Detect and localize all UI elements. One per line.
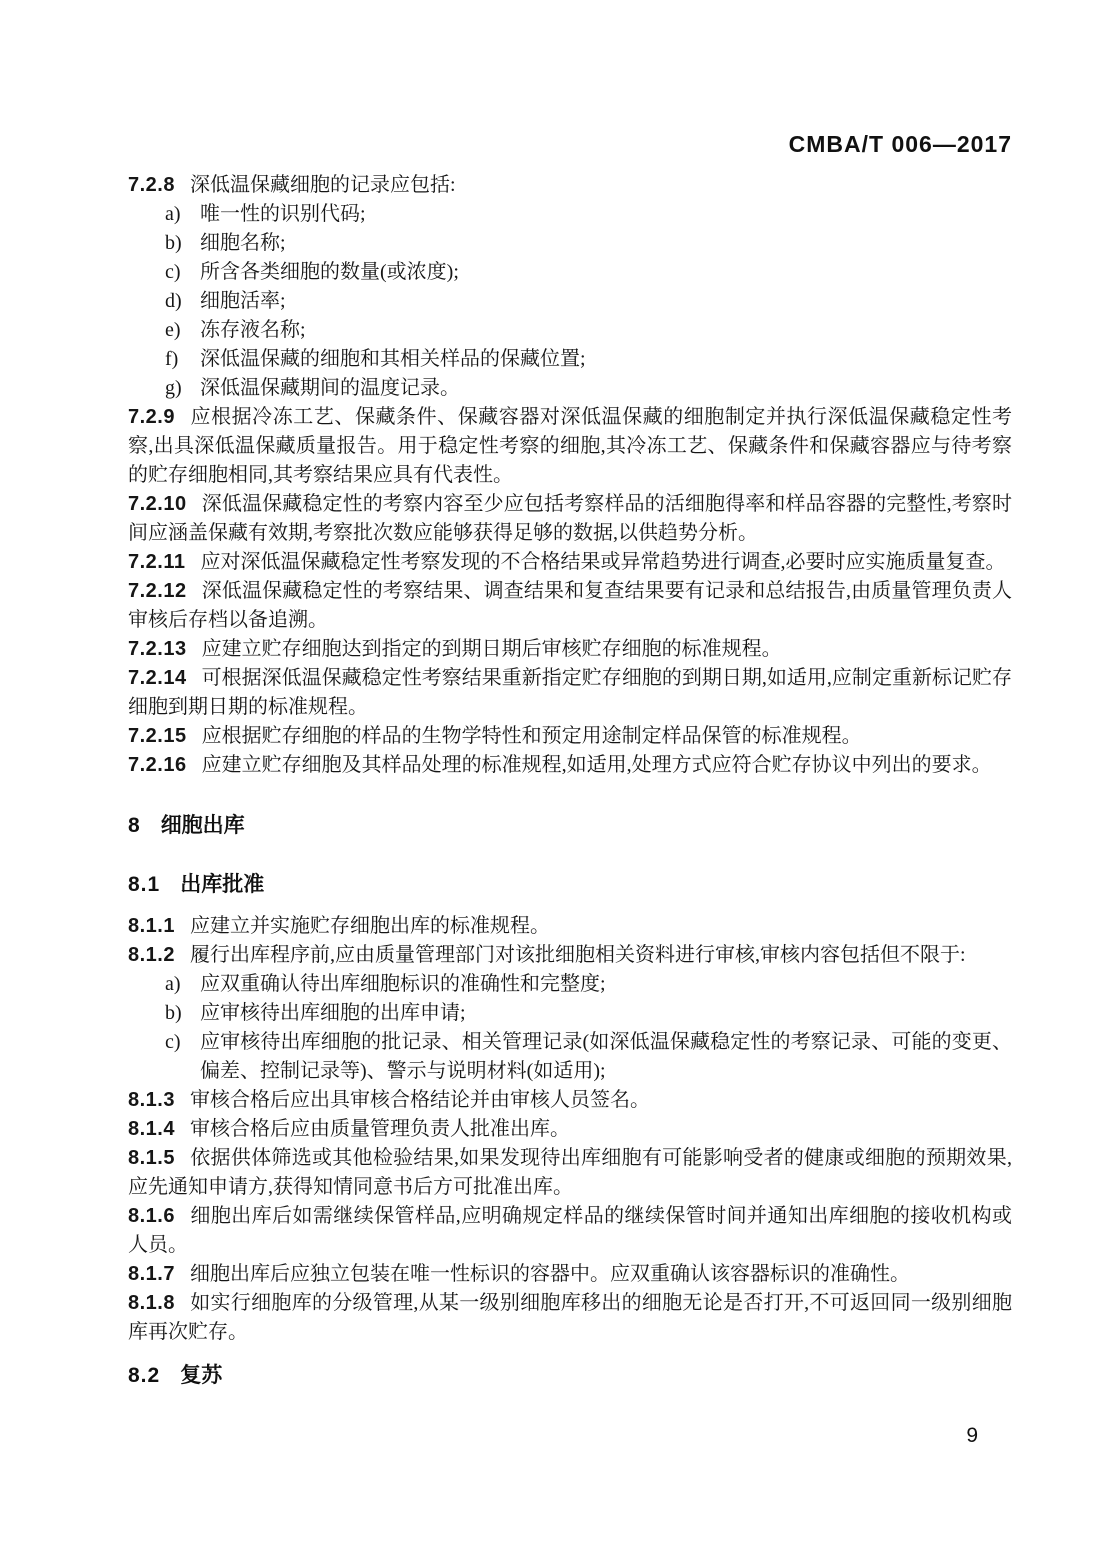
list-item: b)应审核待出库细胞的出库申请; bbox=[165, 999, 1012, 1028]
clause-number: 7.2.13 bbox=[128, 638, 187, 660]
clause-number: 7.2.10 bbox=[128, 493, 187, 515]
clause-number: 7.2.14 bbox=[128, 667, 187, 689]
list-item: d)细胞活率; bbox=[165, 287, 1012, 316]
clause: 8.1.3审核合格后应出具审核合格结论并由审核人员签名。 bbox=[128, 1086, 1012, 1115]
clause-text: 应根据冷冻工艺、保藏条件、保藏容器对深低温保藏的细胞制定并执行深低温保藏稳定性考… bbox=[128, 406, 1012, 486]
list-item: a)唯一性的识别代码; bbox=[165, 200, 1012, 229]
list-item: b)细胞名称; bbox=[165, 229, 1012, 258]
list-item-label: b) bbox=[165, 229, 182, 258]
section-title: 复苏 bbox=[180, 1363, 222, 1387]
clause-number: 7.2.15 bbox=[128, 725, 187, 747]
clause: 8.1.7细胞出库后应独立包装在唯一性标识的容器中。应双重确认该容器标识的准确性… bbox=[128, 1260, 1012, 1289]
list-item-text: 冻存液名称; bbox=[200, 319, 306, 341]
clause-number: 7.2.11 bbox=[128, 551, 186, 573]
list-item: a)应双重确认待出库细胞标识的准确性和完整度; bbox=[165, 970, 1012, 999]
list-item-label: d) bbox=[165, 287, 182, 316]
list-item-text: 细胞活率; bbox=[200, 290, 286, 312]
section-heading: 8.2复苏 bbox=[128, 1360, 1012, 1391]
clause-text: 深低温保藏细胞的记录应包括: bbox=[190, 174, 456, 196]
list-item-text: 应审核待出库细胞的出库申请; bbox=[200, 1002, 466, 1024]
document-body: 7.2.8深低温保藏细胞的记录应包括:a)唯一性的识别代码;b)细胞名称;c)所… bbox=[128, 171, 1012, 1403]
list-item: g)深低温保藏期间的温度记录。 bbox=[165, 374, 1012, 403]
clause: 7.2.16应建立贮存细胞及其样品处理的标准规程,如适用,处理方式应符合贮存协议… bbox=[128, 751, 1012, 780]
list-item-text: 深低温保藏的细胞和其相关样品的保藏位置; bbox=[200, 348, 586, 370]
clause: 7.2.13应建立贮存细胞达到指定的到期日期后审核贮存细胞的标准规程。 bbox=[128, 635, 1012, 664]
clause-number: 7.2.12 bbox=[128, 580, 187, 602]
page-number: 9 bbox=[966, 1424, 978, 1448]
clause-text: 细胞出库后如需继续保管样品,应明确规定样品的继续保管时间并通知出库细胞的接收机构… bbox=[128, 1205, 1012, 1256]
clause-text: 细胞出库后应独立包装在唯一性标识的容器中。应双重确认该容器标识的准确性。 bbox=[190, 1263, 910, 1285]
clause-text: 深低温保藏稳定性的考察结果、调查结果和复查结果要有记录和总结报告,由质量管理负责… bbox=[128, 580, 1012, 631]
list-item-label: a) bbox=[165, 970, 181, 999]
clause-text: 应建立并实施贮存细胞出库的标准规程。 bbox=[190, 915, 550, 937]
list-item-text: 唯一性的识别代码; bbox=[200, 203, 366, 225]
list-item: c)所含各类细胞的数量(或浓度); bbox=[165, 258, 1012, 287]
clause: 7.2.14可根据深低温保藏稳定性考察结果重新指定贮存细胞的到期日期,如适用,应… bbox=[128, 664, 1012, 722]
list-item: c)应审核待出库细胞的批记录、相关管理记录(如深低温保藏稳定性的考察记录、可能的… bbox=[165, 1028, 1012, 1086]
clause: 7.2.10深低温保藏稳定性的考察内容至少应包括考察样品的活细胞得率和样品容器的… bbox=[128, 490, 1012, 548]
clause-number: 7.2.9 bbox=[128, 406, 175, 428]
list-item-text: 细胞名称; bbox=[200, 232, 286, 254]
clause-number: 8.1.4 bbox=[128, 1118, 175, 1140]
section-heading: 8.1出库批准 bbox=[128, 869, 1012, 900]
list-item: f)深低温保藏的细胞和其相关样品的保藏位置; bbox=[165, 345, 1012, 374]
clause-number: 8.1.3 bbox=[128, 1089, 175, 1111]
list-item-label: c) bbox=[165, 258, 181, 287]
section-title: 细胞出库 bbox=[161, 813, 245, 837]
clause: 8.1.1应建立并实施贮存细胞出库的标准规程。 bbox=[128, 912, 1012, 941]
clause: 8.1.4审核合格后应由质量管理负责人批准出库。 bbox=[128, 1115, 1012, 1144]
list-item-label: f) bbox=[165, 345, 178, 374]
clause-text: 可根据深低温保藏稳定性考察结果重新指定贮存细胞的到期日期,如适用,应制定重新标记… bbox=[128, 667, 1012, 718]
clause-number: 7.2.8 bbox=[128, 174, 175, 196]
clause-number: 8.1.2 bbox=[128, 944, 175, 966]
list-item-text: 深低温保藏期间的温度记录。 bbox=[200, 377, 460, 399]
clause-text: 应对深低温保藏稳定性考察发现的不合格结果或异常趋势进行调查,必要时应实施质量复查… bbox=[201, 551, 1006, 573]
clause: 8.1.8如实行细胞库的分级管理,从某一级别细胞库移出的细胞无论是否打开,不可返… bbox=[128, 1289, 1012, 1347]
list-item-label: e) bbox=[165, 316, 181, 345]
clause-text: 应建立贮存细胞达到指定的到期日期后审核贮存细胞的标准规程。 bbox=[202, 638, 782, 660]
section-title: 出库批准 bbox=[180, 872, 264, 896]
clause: 8.1.2履行出库程序前,应由质量管理部门对该批细胞相关资料进行审核,审核内容包… bbox=[128, 941, 1012, 970]
clause: 7.2.15应根据贮存细胞的样品的生物学特性和预定用途制定样品保管的标准规程。 bbox=[128, 722, 1012, 751]
list-item-label: c) bbox=[165, 1028, 181, 1057]
clause: 8.1.6细胞出库后如需继续保管样品,应明确规定样品的继续保管时间并通知出库细胞… bbox=[128, 1202, 1012, 1260]
clause-number: 8.1.8 bbox=[128, 1292, 175, 1314]
clause-number: 7.2.16 bbox=[128, 754, 187, 776]
clause-number: 8.1.1 bbox=[128, 915, 175, 937]
clause: 7.2.12深低温保藏稳定性的考察结果、调查结果和复查结果要有记录和总结报告,由… bbox=[128, 577, 1012, 635]
section-number: 8.2 bbox=[128, 1364, 160, 1387]
clause-number: 8.1.7 bbox=[128, 1263, 175, 1285]
clause-text: 审核合格后应出具审核合格结论并由审核人员签名。 bbox=[190, 1089, 650, 1111]
standard-code-header: CMBA/T 006—2017 bbox=[789, 131, 1012, 158]
list-item-text: 所含各类细胞的数量(或浓度); bbox=[200, 261, 459, 283]
list-item-text: 应审核待出库细胞的批记录、相关管理记录(如深低温保藏稳定性的考察记录、可能的变更… bbox=[200, 1031, 1012, 1082]
list-item-label: g) bbox=[165, 374, 182, 403]
clause-number: 8.1.5 bbox=[128, 1147, 175, 1169]
clause-text: 应根据贮存细胞的样品的生物学特性和预定用途制定样品保管的标准规程。 bbox=[202, 725, 862, 747]
clause-text: 应建立贮存细胞及其样品处理的标准规程,如适用,处理方式应符合贮存协议中列出的要求… bbox=[202, 754, 992, 776]
section-number: 8.1 bbox=[128, 873, 160, 896]
clause: 8.1.5依据供体筛选或其他检验结果,如果发现待出库细胞有可能影响受者的健康或细… bbox=[128, 1144, 1012, 1202]
section-heading: 8细胞出库 bbox=[128, 810, 1012, 841]
clause-text: 审核合格后应由质量管理负责人批准出库。 bbox=[190, 1118, 570, 1140]
clause-text: 依据供体筛选或其他检验结果,如果发现待出库细胞有可能影响受者的健康或细胞的预期效… bbox=[128, 1147, 1012, 1198]
clause-text: 如实行细胞库的分级管理,从某一级别细胞库移出的细胞无论是否打开,不可返回同一级别… bbox=[128, 1292, 1012, 1343]
clause: 7.2.11应对深低温保藏稳定性考察发现的不合格结果或异常趋势进行调查,必要时应… bbox=[128, 548, 1012, 577]
list-item-label: a) bbox=[165, 200, 181, 229]
clause: 7.2.8深低温保藏细胞的记录应包括: bbox=[128, 171, 1012, 200]
list-item-text: 应双重确认待出库细胞标识的准确性和完整度; bbox=[200, 973, 606, 995]
clause-number: 8.1.6 bbox=[128, 1205, 175, 1227]
clause: 7.2.9应根据冷冻工艺、保藏条件、保藏容器对深低温保藏的细胞制定并执行深低温保… bbox=[128, 403, 1012, 490]
section-number: 8 bbox=[128, 814, 141, 837]
list-item-label: b) bbox=[165, 999, 182, 1028]
clause-text: 履行出库程序前,应由质量管理部门对该批细胞相关资料进行审核,审核内容包括但不限于… bbox=[190, 944, 966, 966]
list-item: e)冻存液名称; bbox=[165, 316, 1012, 345]
document-page: CMBA/T 006—2017 7.2.8深低温保藏细胞的记录应包括:a)唯一性… bbox=[0, 0, 1100, 1555]
clause-text: 深低温保藏稳定性的考察内容至少应包括考察样品的活细胞得率和样品容器的完整性,考察… bbox=[128, 493, 1012, 544]
